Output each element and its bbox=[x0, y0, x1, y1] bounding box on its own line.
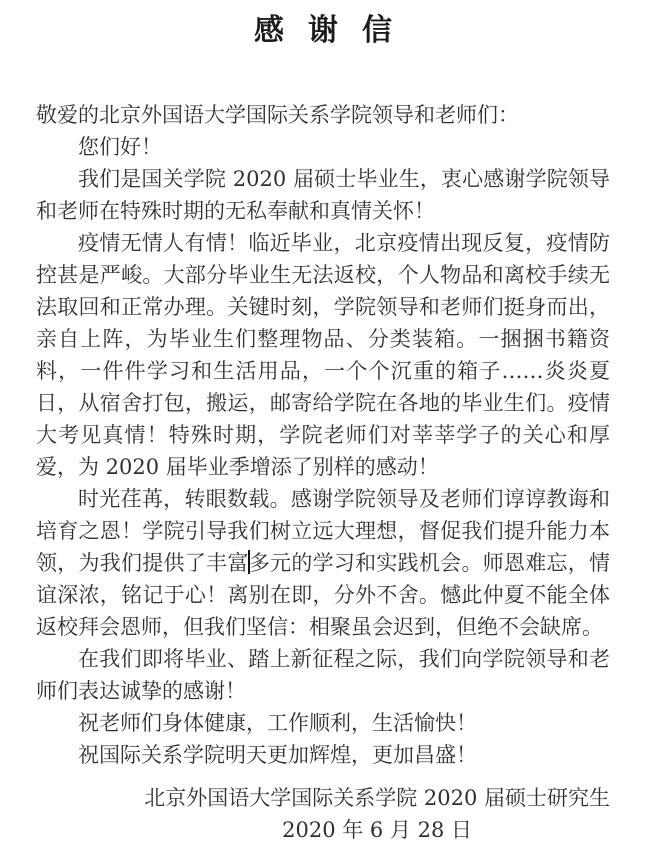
date-line[interactable]: 2020 年 6 月 28 日 bbox=[144, 814, 610, 841]
paragraph-gratitude[interactable]: 时光荏苒，转眼数载。感谢学院领导及老师们谆谆教诲和培育之恩！学院引导我们树立远大… bbox=[36, 483, 610, 643]
paragraph-pandemic[interactable]: 疫情无情人有情！临近毕业，北京疫情出现反复，疫情防控甚是严峻。大部分毕业生无法返… bbox=[36, 227, 610, 483]
paragraph-wish-teachers[interactable]: 祝老师们身体健康，工作顺利，生活愉快！ bbox=[36, 707, 610, 739]
paragraph-wish-school[interactable]: 祝国际关系学院明天更加辉煌，更加昌盛！ bbox=[36, 739, 610, 771]
signature-block: 北京外国语大学国际关系学院 2020 届硕士研究生 2020 年 6 月 28 … bbox=[144, 782, 610, 841]
salutation-line[interactable]: 敬爱的北京外国语大学国际关系学院领导和老师们： bbox=[36, 99, 610, 131]
paragraph-greeting[interactable]: 您们好！ bbox=[36, 131, 610, 163]
signature-line[interactable]: 北京外国语大学国际关系学院 2020 届硕士研究生 bbox=[144, 782, 610, 814]
letter-page: 感谢信 敬爱的北京外国语大学国际关系学院领导和老师们： 您们好！ 我们是国关学院… bbox=[0, 0, 646, 841]
letter-body: 敬爱的北京外国语大学国际关系学院领导和老师们： 您们好！ 我们是国关学院 202… bbox=[0, 99, 646, 771]
paragraph-farewell[interactable]: 在我们即将毕业、踏上新征程之际，我们向学院领导和老师们表达诚挚的感谢！ bbox=[36, 643, 610, 707]
letter-title[interactable]: 感谢信 bbox=[0, 12, 646, 50]
paragraph-intro[interactable]: 我们是国关学院 2020 届硕士毕业生，衷心感谢学院领导和老师在特殊时期的无私奉… bbox=[36, 163, 610, 227]
